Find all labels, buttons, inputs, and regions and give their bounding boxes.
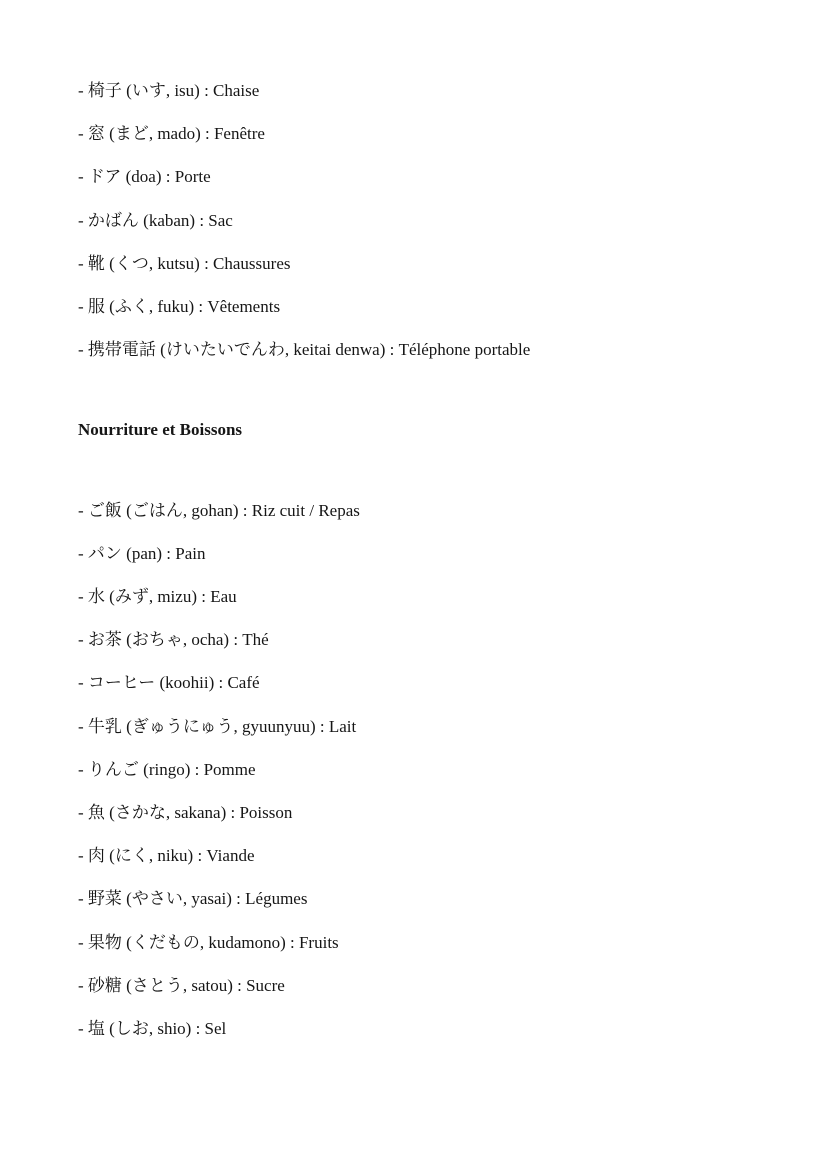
vocab-line: - 靴 (くつ, kutsu) : Chaussures [78,242,788,285]
vocab-line: - 魚 (さかな, sakana) : Poisson [78,791,788,834]
vocab-line: - お茶 (おちゃ, ocha) : Thé [78,618,788,661]
vocab-line: - りんご (ringo) : Pomme [78,748,788,791]
vocab-line: - 椅子 (いす, isu) : Chaise [78,69,788,112]
vocab-line: - 携帯電話 (けいたいでんわ, keitai denwa) : Télépho… [78,328,788,371]
vocab-line: - 砂糖 (さとう, satou) : Sucre [78,964,788,1007]
document-content: - 椅子 (いす, isu) : Chaise - 窓 (まど, mado) :… [0,0,828,1050]
vocab-line: - 水 (みず, mizu) : Eau [78,575,788,618]
vocab-line: - 果物 (くだもの, kudamono) : Fruits [78,921,788,964]
vocab-line: - 窓 (まど, mado) : Fenêtre [78,112,788,155]
document-page: - 椅子 (いす, isu) : Chaise - 窓 (まど, mado) :… [0,0,828,1171]
section-heading-food-drinks: Nourriture et Boissons [78,408,788,451]
vocab-line: - ご飯 (ごはん, gohan) : Riz cuit / Repas [78,489,788,532]
vocab-line: - 肉 (にく, niku) : Viande [78,834,788,877]
section-food-drinks: - ご飯 (ごはん, gohan) : Riz cuit / Repas - パ… [78,489,788,1051]
vocab-line: - ドア (doa) : Porte [78,155,788,198]
vocab-line: - コーヒー (koohii) : Café [78,661,788,704]
vocab-line: - 牛乳 (ぎゅうにゅう, gyuunyuu) : Lait [78,705,788,748]
vocab-line: - 服 (ふく, fuku) : Vêtements [78,285,788,328]
section-everyday-objects: - 椅子 (いす, isu) : Chaise - 窓 (まど, mado) :… [78,69,788,371]
vocab-line: - 野菜 (やさい, yasai) : Légumes [78,877,788,920]
vocab-line: - かばん (kaban) : Sac [78,199,788,242]
vocab-line: - パン (pan) : Pain [78,532,788,575]
vocab-line: - 塩 (しお, shio) : Sel [78,1007,788,1050]
